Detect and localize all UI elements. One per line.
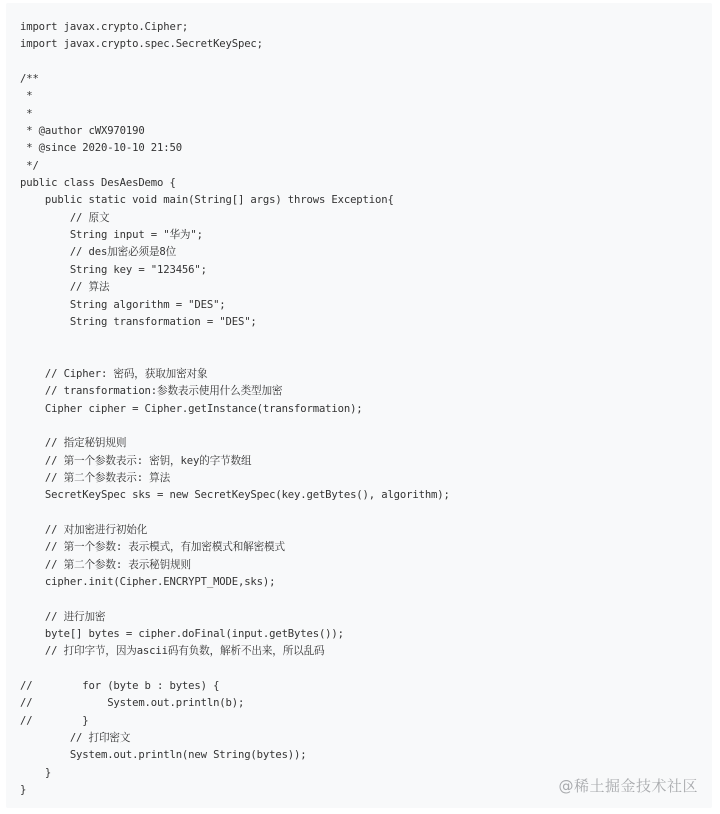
code-line — [20, 661, 712, 678]
code-line: // 进行加密 — [20, 609, 712, 626]
code-line: // transformation:参数表示使用什么类型加密 — [20, 383, 712, 400]
code-line: // 第一个参数: 表示模式，有加密模式和解密模式 — [20, 539, 712, 556]
code-line: * @author cWX970190 — [20, 123, 712, 140]
code-line: // 第二个参数: 表示秘钥规则 — [20, 557, 712, 574]
code-line: Cipher cipher = Cipher.getInstance(trans… — [20, 401, 712, 418]
code-line: */ — [20, 158, 712, 175]
code-line: import javax.crypto.Cipher; — [20, 19, 712, 36]
code-line: // System.out.println(b); — [20, 695, 712, 712]
code-line — [20, 591, 712, 608]
code-line: String algorithm = "DES"; — [20, 297, 712, 314]
code-line: // for (byte b : bytes) { — [20, 678, 712, 695]
code-line: cipher.init(Cipher.ENCRYPT_MODE,sks); — [20, 574, 712, 591]
code-line: * @since 2020-10-10 21:50 — [20, 140, 712, 157]
watermark: @稀土掘金技术社区 — [558, 775, 698, 796]
code-line: // 对加密进行初始化 — [20, 522, 712, 539]
code-line: System.out.println(new String(bytes)); — [20, 747, 712, 764]
code-line: * — [20, 106, 712, 123]
code-line — [20, 505, 712, 522]
code-line: // 打印密文 — [20, 730, 712, 747]
code-line: public class DesAesDemo { — [20, 175, 712, 192]
code-line: public static void main(String[] args) t… — [20, 192, 712, 209]
code-line: String input = "华为"; — [20, 227, 712, 244]
code-line — [20, 331, 712, 348]
code-line — [20, 349, 712, 366]
code-line: import javax.crypto.spec.SecretKeySpec; — [20, 36, 712, 53]
code-line: // des加密必须是8位 — [20, 244, 712, 261]
code-line: String key = "123456"; — [20, 262, 712, 279]
code-line — [20, 54, 712, 71]
code-line: // 第二个参数表示: 算法 — [20, 470, 712, 487]
code-lines: import javax.crypto.Cipher;import javax.… — [20, 19, 712, 799]
code-line: byte[] bytes = cipher.doFinal(input.getB… — [20, 626, 712, 643]
code-line: // 算法 — [20, 279, 712, 296]
code-block: import javax.crypto.Cipher;import javax.… — [6, 3, 712, 808]
code-line: /** — [20, 71, 712, 88]
code-line: // 第一个参数表示: 密钥，key的字节数组 — [20, 453, 712, 470]
page: import javax.crypto.Cipher;import javax.… — [0, 0, 720, 814]
code-line: SecretKeySpec sks = new SecretKeySpec(ke… — [20, 487, 712, 504]
code-line — [20, 418, 712, 435]
code-line: // 指定秘钥规则 — [20, 435, 712, 452]
code-line: // Cipher: 密码，获取加密对象 — [20, 366, 712, 383]
code-line: // 原文 — [20, 210, 712, 227]
code-line: * — [20, 88, 712, 105]
code-line: // 打印字节，因为ascii码有负数，解析不出来，所以乱码 — [20, 643, 712, 660]
code-line: // } — [20, 713, 712, 730]
code-line: String transformation = "DES"; — [20, 314, 712, 331]
